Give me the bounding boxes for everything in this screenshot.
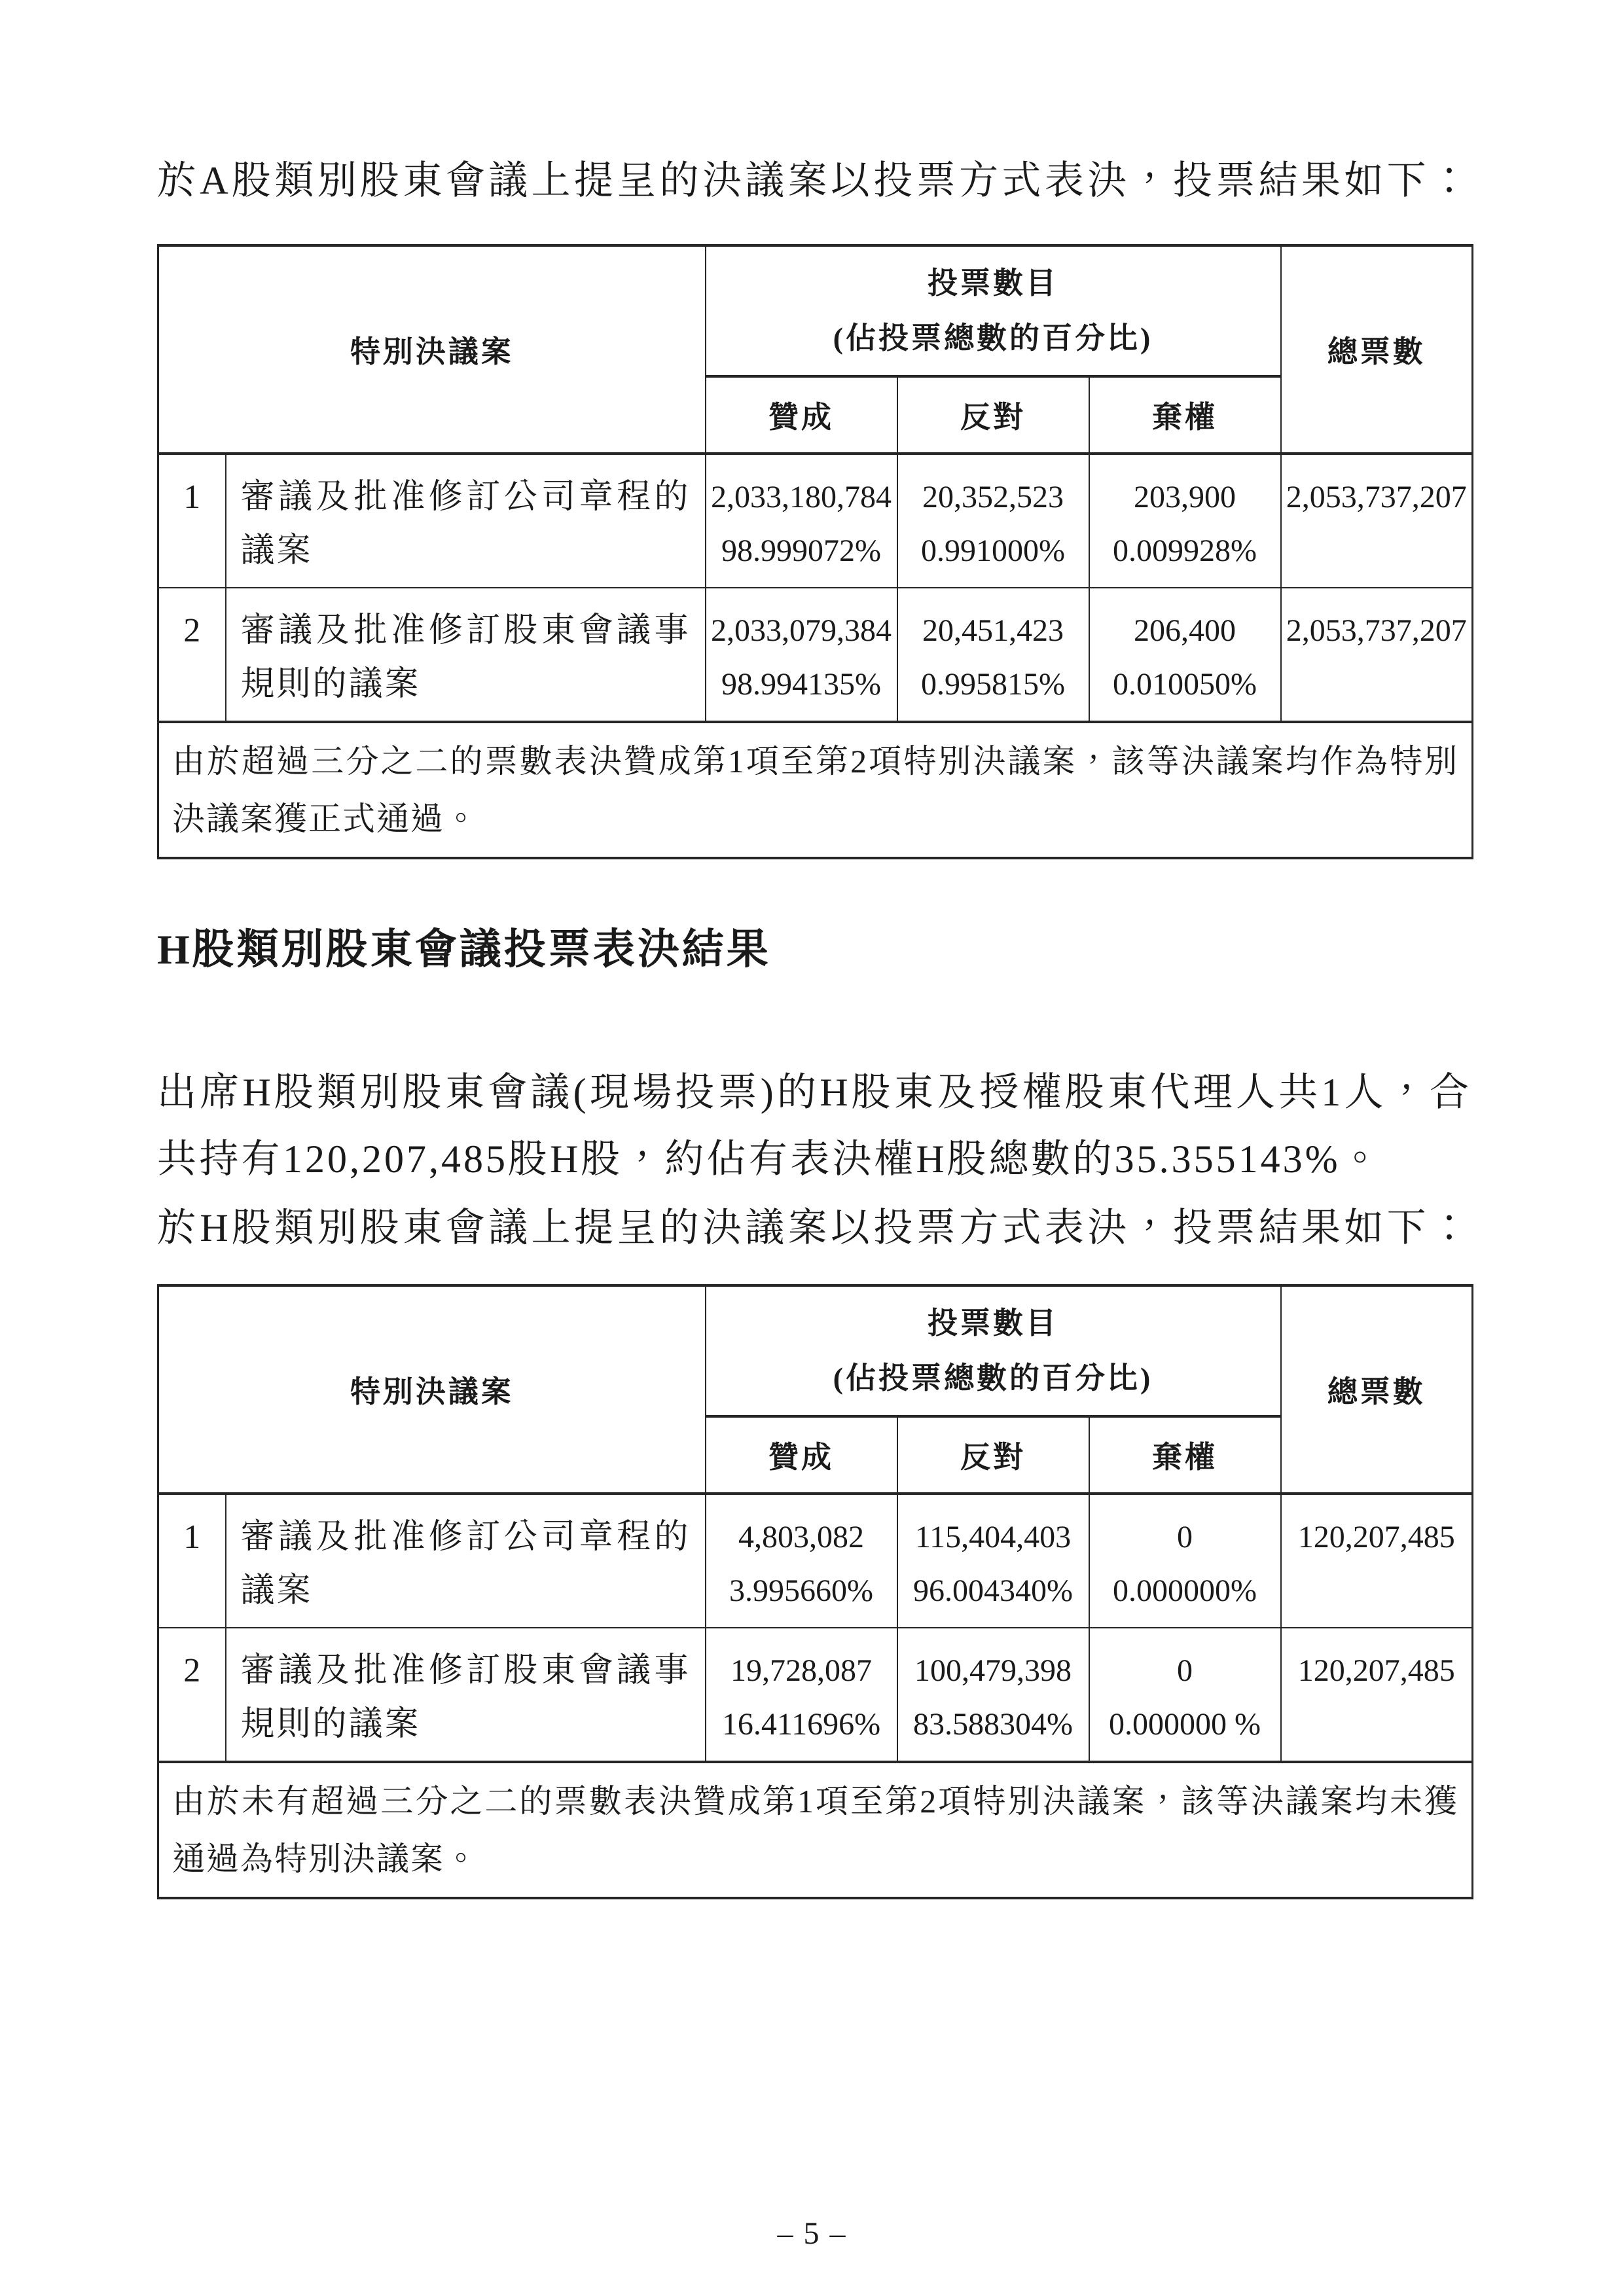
abstain-percent: 0.000000 % — [1090, 1698, 1280, 1751]
resolution-description-line1: 審議及批准修訂公司章程的 — [241, 471, 691, 524]
for-votes: 4,803,082 3.995660% — [706, 1494, 897, 1628]
against-percent: 83.588304% — [898, 1698, 1089, 1751]
for-count: 2,033,180,784 — [706, 471, 897, 524]
row-number: 1 — [158, 1494, 226, 1628]
paragraph-h-line2: 共持有120,207,485股H股，約佔有表決權H股總數的35.355143%。 — [157, 1126, 1471, 1193]
against-count: 115,404,403 — [898, 1511, 1089, 1564]
resolution-description-line1: 審議及批准修訂股東會議事 — [241, 1644, 691, 1698]
against-votes: 20,451,423 0.995815% — [897, 588, 1089, 722]
against-percent: 0.991000% — [898, 524, 1089, 578]
against-percent: 96.004340% — [898, 1564, 1089, 1618]
for-percent: 98.994135% — [706, 658, 897, 711]
resolution-description-line2: 規則的議案 — [241, 1698, 691, 1751]
for-count: 2,033,079,384 — [706, 604, 897, 658]
against-count: 20,451,423 — [898, 604, 1089, 658]
against-count: 100,479,398 — [898, 1644, 1089, 1698]
resolution-description-line2: 議案 — [241, 524, 691, 578]
abstain-votes: 203,900 0.009928% — [1089, 454, 1281, 588]
vote-table-a: 特別決議案 投票數目 (佔投票總數的百分比) 總票數 贊成 反對 棄權 1 審議… — [157, 244, 1473, 859]
row-number: 2 — [158, 588, 226, 722]
row-number: 1 — [158, 454, 226, 588]
total-votes: 2,053,737,207 — [1281, 588, 1473, 722]
header-votes-subtitle: (佔投票總數的百分比) — [706, 1351, 1280, 1406]
document-page: { "page": { "intro_a": "於A股類別股東會議上提呈的決議案… — [0, 0, 1624, 2296]
resolution-description: 審議及批准修訂公司章程的 議案 — [226, 454, 706, 588]
against-votes: 115,404,403 96.004340% — [897, 1494, 1089, 1628]
resolution-description-line1: 審議及批准修訂公司章程的 — [241, 1511, 691, 1564]
table-h-row-2: 2 審議及批准修訂股東會議事 規則的議案 19,728,087 16.41169… — [158, 1628, 1473, 1762]
resolution-description-line2: 議案 — [241, 1564, 691, 1618]
paragraph-h-line1: 出席H股類別股東會議(現場投票)的H股東及授權股東代理人共1人，合 — [157, 1059, 1471, 1126]
table-a-note: 由於超過三分之二的票數表決贊成第1項至第2項特別決議案，該等決議案均作為特別 決… — [158, 722, 1473, 858]
table-a-row-2: 2 審議及批准修訂股東會議事 規則的議案 2,033,079,384 98.99… — [158, 588, 1473, 722]
abstain-percent: 0.000000% — [1090, 1564, 1280, 1618]
for-percent: 98.999072% — [706, 524, 897, 578]
header-total: 總票數 — [1281, 245, 1473, 454]
abstain-count: 203,900 — [1090, 471, 1280, 524]
intro-paragraph-h-line: 於H股類別股東會議上提呈的決議案以投票方式表決，投票結果如下： — [157, 1194, 1471, 1261]
against-percent: 0.995815% — [898, 658, 1089, 711]
paragraph-h-attendance: 出席H股類別股東會議(現場投票)的H股東及授權股東代理人共1人，合 共持有120… — [157, 1059, 1471, 1193]
header-votes-subtitle: (佔投票總數的百分比) — [706, 311, 1280, 366]
for-votes: 19,728,087 16.411696% — [706, 1628, 897, 1762]
table-a-note-row: 由於超過三分之二的票數表決贊成第1項至第2項特別決議案，該等決議案均作為特別 決… — [158, 722, 1473, 858]
resolution-description: 審議及批准修訂公司章程的 議案 — [226, 1494, 706, 1628]
vote-table-h: 特別決議案 投票數目 (佔投票總數的百分比) 總票數 贊成 反對 棄權 1 審議… — [157, 1284, 1473, 1899]
table-a-note-line2: 決議案獲正式通過。 — [172, 790, 1458, 848]
header-votes: 投票數目 (佔投票總數的百分比) — [706, 245, 1281, 376]
header-against: 反對 — [897, 1416, 1089, 1494]
for-votes: 2,033,079,384 98.994135% — [706, 588, 897, 722]
for-count: 19,728,087 — [706, 1644, 897, 1698]
abstain-votes: 0 0.000000% — [1089, 1494, 1281, 1628]
table-a-share-results: 特別決議案 投票數目 (佔投票總數的百分比) 總票數 贊成 反對 棄權 1 審議… — [157, 244, 1473, 859]
total-votes: 120,207,485 — [1281, 1494, 1473, 1628]
intro-paragraph-a: 於A股類別股東會議上提呈的決議案以投票方式表決，投票結果如下： — [157, 147, 1471, 214]
table-a-note-line1: 由於超過三分之二的票數表決贊成第1項至第2項特別決議案，該等決議案均作為特別 — [172, 732, 1458, 790]
resolution-description: 審議及批准修訂股東會議事 規則的議案 — [226, 1628, 706, 1762]
page-number: – 5 – — [0, 2214, 1624, 2253]
intro-paragraph-a-line: 於A股類別股東會議上提呈的決議案以投票方式表決，投票結果如下： — [157, 147, 1471, 214]
abstain-votes: 206,400 0.010050% — [1089, 588, 1281, 722]
header-resolution: 特別決議案 — [158, 1285, 706, 1494]
against-votes: 20,352,523 0.991000% — [897, 454, 1089, 588]
for-votes: 2,033,180,784 98.999072% — [706, 454, 897, 588]
abstain-percent: 0.010050% — [1090, 658, 1280, 711]
table-h-row-1: 1 審議及批准修訂公司章程的 議案 4,803,082 3.995660% 11… — [158, 1494, 1473, 1628]
for-percent: 16.411696% — [706, 1698, 897, 1751]
resolution-description: 審議及批准修訂股東會議事 規則的議案 — [226, 588, 706, 722]
abstain-count: 0 — [1090, 1644, 1280, 1698]
table-h-note-line2: 通過為特別決議案。 — [172, 1830, 1458, 1888]
table-h-note: 由於未有超過三分之二的票數表決贊成第1項至第2項特別決議案，該等決議案均未獲 通… — [158, 1762, 1473, 1898]
header-for: 贊成 — [706, 1416, 897, 1494]
table-h-note-row: 由於未有超過三分之二的票數表決贊成第1項至第2項特別決議案，該等決議案均未獲 通… — [158, 1762, 1473, 1898]
section-heading-h: H股類別股東會議投票表決結果 — [157, 924, 1471, 976]
table-a-row-1: 1 審議及批准修訂公司章程的 議案 2,033,180,784 98.99907… — [158, 454, 1473, 588]
against-votes: 100,479,398 83.588304% — [897, 1628, 1089, 1762]
abstain-percent: 0.009928% — [1090, 524, 1280, 578]
abstain-count: 0 — [1090, 1511, 1280, 1564]
header-votes-title: 投票數目 — [706, 256, 1280, 311]
table-h-note-line1: 由於未有超過三分之二的票數表決贊成第1項至第2項特別決議案，該等決議案均未獲 — [172, 1772, 1458, 1830]
total-votes: 2,053,737,207 — [1281, 454, 1473, 588]
abstain-votes: 0 0.000000 % — [1089, 1628, 1281, 1762]
intro-paragraph-h: 於H股類別股東會議上提呈的決議案以投票方式表決，投票結果如下： — [157, 1194, 1471, 1261]
header-abstain: 棄權 — [1089, 376, 1281, 454]
header-abstain: 棄權 — [1089, 1416, 1281, 1494]
header-votes-title: 投票數目 — [706, 1296, 1280, 1351]
resolution-description-line2: 規則的議案 — [241, 658, 691, 711]
header-votes: 投票數目 (佔投票總數的百分比) — [706, 1285, 1281, 1416]
for-percent: 3.995660% — [706, 1564, 897, 1618]
total-votes: 120,207,485 — [1281, 1628, 1473, 1762]
header-total: 總票數 — [1281, 1285, 1473, 1494]
header-resolution: 特別決議案 — [158, 245, 706, 454]
table-h-share-results: 特別決議案 投票數目 (佔投票總數的百分比) 總票數 贊成 反對 棄權 1 審議… — [157, 1284, 1473, 1899]
header-for: 贊成 — [706, 376, 897, 454]
row-number: 2 — [158, 1628, 226, 1762]
for-count: 4,803,082 — [706, 1511, 897, 1564]
against-count: 20,352,523 — [898, 471, 1089, 524]
header-against: 反對 — [897, 376, 1089, 454]
resolution-description-line1: 審議及批准修訂股東會議事 — [241, 604, 691, 658]
abstain-count: 206,400 — [1090, 604, 1280, 658]
